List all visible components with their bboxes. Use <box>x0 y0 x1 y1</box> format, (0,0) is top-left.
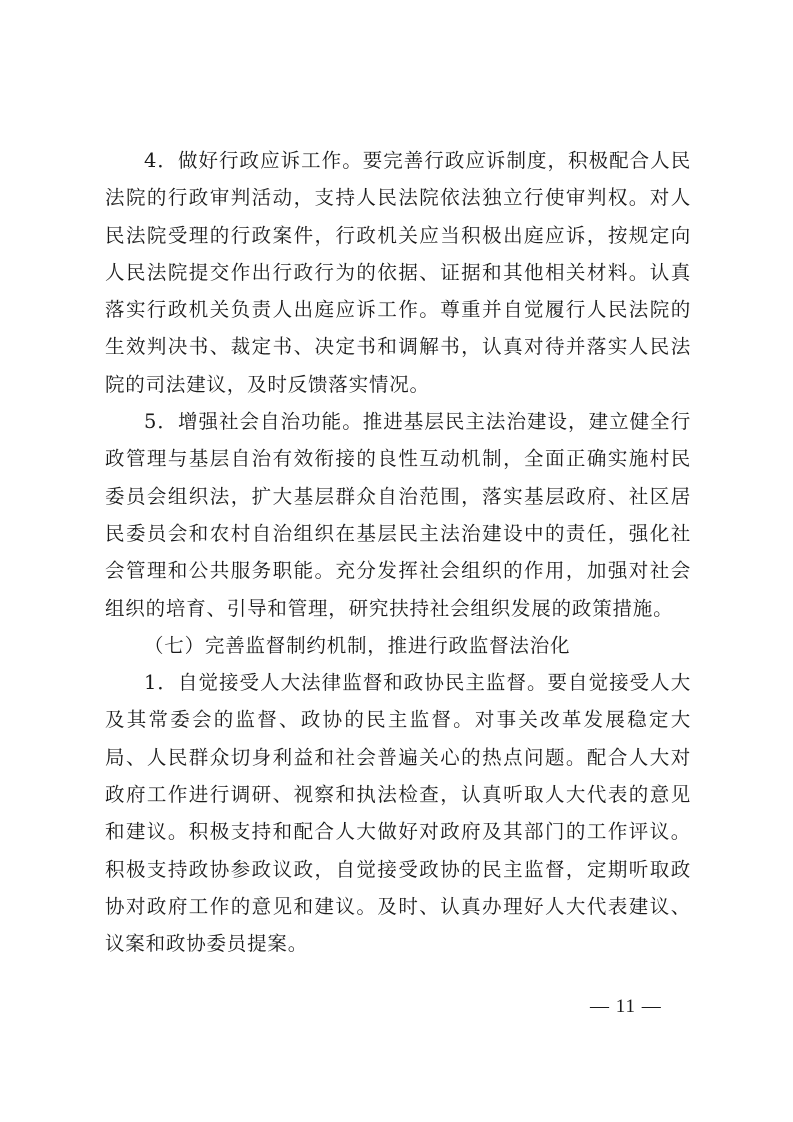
document-body: 4．做好行政应诉工作。要完善行政应诉制度，积极配合人民法院的行政审判活动，支持人… <box>105 142 691 963</box>
paragraph-administrative-litigation: 4．做好行政应诉工作。要完善行政应诉制度，积极配合人民法院的行政审判活动，支持人… <box>105 142 691 403</box>
paragraph-social-autonomy: 5．增强社会自治功能。推进基层民主法治建设，建立健全行政管理与基层自治有效衔接的… <box>105 403 691 627</box>
section-heading: （七）完善监督制约机制，推进行政监督法治化 <box>105 627 691 664</box>
page-number: — 11 — <box>590 996 662 1018</box>
paragraph-npc-cppcc-supervision: 1．自觉接受人大法律监督和政协民主监督。要自觉接受人大及其常委会的监督、政协的民… <box>105 664 691 962</box>
